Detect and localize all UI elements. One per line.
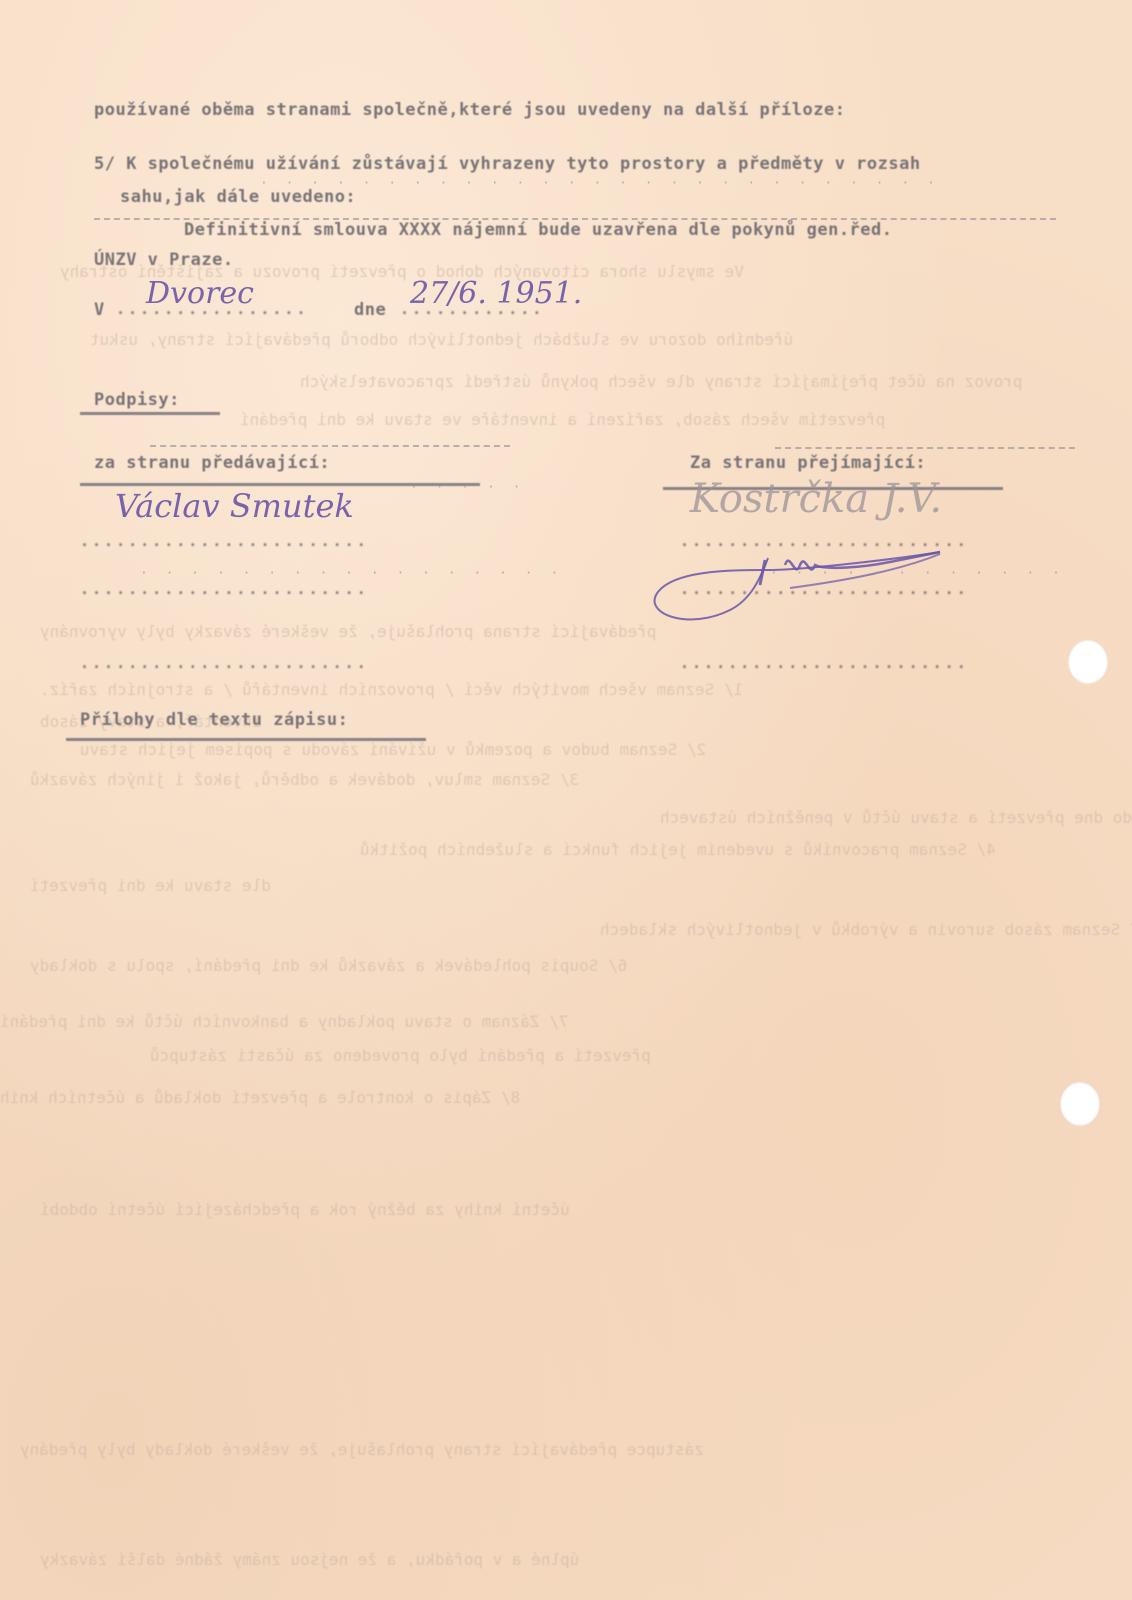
text-line-definitive-contract: Definitivní smlouva XXXX nájemní bude uz…: [184, 220, 893, 240]
heading-underline: [80, 412, 220, 415]
faint-dotted-line: · · · · · · · · · · · · · · · · · · · · …: [260, 176, 940, 191]
handwritten-place: Dvorec: [146, 276, 254, 311]
faint-dotted-line: · · · · · · · · · · · · · · · · ·: [140, 566, 563, 581]
bleed-line: úředního dozoru ve službách jednotlivých…: [90, 330, 793, 349]
text-line-shared-items: používané oběma stranami společně,které …: [94, 100, 845, 120]
right-signature-pencil: Kostrčka J.V.: [690, 476, 942, 522]
bleed-line: 8/ Zápis o kontrole a převzetí dokladů a…: [0, 1088, 520, 1107]
document-page: Ve smyslu shora citovaných dohod o převz…: [0, 0, 1132, 1600]
signature-dots: ........................: [80, 532, 369, 550]
handwritten-date: 27/6. 1951.: [410, 276, 582, 311]
left-signature: Václav Smutek: [115, 487, 354, 525]
bleed-line: 1/ Seznam všech movitých věcí / provozní…: [40, 680, 743, 699]
faint-dotted-line: · · · · · · · · · · · ·: [770, 566, 1065, 581]
bleed-line: 7/ Záznam o stavu pokladny a bankovních …: [0, 1012, 568, 1031]
text-line-unzv: ÚNZV v Praze.: [94, 250, 234, 270]
bleed-line: účetní knihy za běžný rok a předcházejíc…: [40, 1200, 570, 1219]
signature-dots: ........................: [80, 654, 369, 672]
heading-underline: [66, 738, 426, 741]
bleed-line: 6/ Soupis pohledávek a závazků ke dni př…: [30, 956, 627, 975]
bleed-line: 3/ Seznam smluv, dodávek a odběrů, jakož…: [30, 770, 579, 789]
bleed-line: převzetím všech zásob, zařízení a invent…: [240, 410, 885, 429]
punch-hole: [1068, 640, 1108, 684]
separator-line: [150, 445, 510, 448]
signature-dots: ........................: [80, 580, 369, 598]
separator-line: [775, 447, 1075, 450]
text-line-continuation: sahu,jak dále uvedeno:: [120, 187, 356, 207]
faint-dotted-line: · · · · ·: [410, 480, 525, 495]
bleed-line: převzetí a předání bylo provedeno za úča…: [150, 1046, 651, 1065]
left-party-label: za stranu předávající:: [94, 453, 330, 473]
signatures-heading: Podpisy:: [94, 390, 180, 410]
text-line-item-5: 5/ K společnému užívání zůstávají vyhraz…: [94, 154, 921, 174]
bleed-line: od podniku až do dne převzetí a stavu úč…: [660, 808, 1132, 827]
bleed-line: dle stavu ke dni převzetí: [30, 876, 271, 895]
date-prefix: dne: [354, 300, 386, 320]
bleed-line: 2/ Seznam budov a pozemků v užívání závo…: [80, 740, 706, 759]
signature-dots: ........................: [680, 654, 969, 672]
attachments-heading: Přílohy dle textu zápisu:: [80, 710, 348, 730]
bleed-line: 4/ Seznam pracovníků s uvedením jejich f…: [360, 840, 996, 859]
bleed-line: úplné a v pořádku, a že nejsou známy žád…: [40, 1550, 579, 1569]
bleed-line: zástupce předávající strany prohlašuje, …: [20, 1440, 704, 1459]
place-prefix: V: [94, 300, 105, 320]
punch-hole: [1060, 1082, 1100, 1126]
signature-dots: ........................: [680, 580, 969, 598]
right-party-label: Za stranu přejímající:: [690, 453, 926, 473]
bleed-line: 5/ Seznam zásob surovin a výrobků v jedn…: [600, 920, 1132, 939]
bleed-line: provoz na účet přejímající strany dle vš…: [300, 372, 1022, 391]
bleed-line: předávající strana prohlašuje, že vešker…: [40, 622, 657, 641]
